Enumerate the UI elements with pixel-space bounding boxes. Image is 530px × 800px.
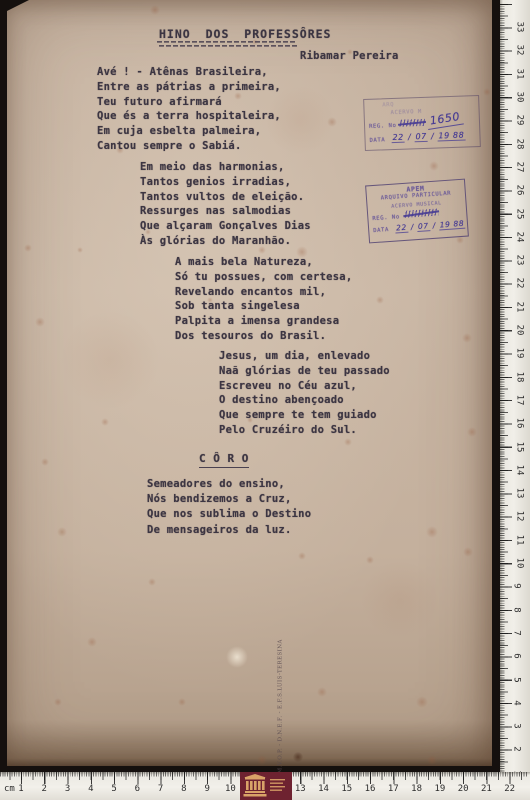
horizontal-ruler: cm 12345678910111213141516171819202122 <box>0 772 530 800</box>
ruler-number: 4 <box>512 700 522 705</box>
poem-line: Semeadores do ensino, <box>147 477 311 492</box>
ruler-number: 15 <box>514 441 524 452</box>
poem-line: Avé ! - Atênas Brasileira, <box>97 65 281 80</box>
poem-line: Entre as pátrias a primeira, <box>97 80 281 95</box>
date-year: 19 88 <box>438 219 465 231</box>
stamp-text: ARQ <box>382 102 394 108</box>
ruler-number: 21 <box>514 301 524 312</box>
foxing-spot <box>416 696 428 708</box>
poem-line: Revelando encantos mil, <box>175 285 352 300</box>
scanned-document-photo: HINO DOS PROFESSÔRES Ribamar Pereira Avé… <box>0 0 530 800</box>
poem-line: Tantos vultos de eleição. <box>140 190 311 205</box>
foxing-spot <box>463 547 473 557</box>
ruler-number: 32 <box>514 45 524 56</box>
registry-number: 1650 <box>426 109 464 130</box>
foxing-spot <box>148 578 156 586</box>
ruler-number: 8 <box>181 784 186 794</box>
ruler-number: 20 <box>458 784 469 794</box>
ruler-number: 1 <box>18 784 23 794</box>
document-page: HINO DOS PROFESSÔRES Ribamar Pereira Avé… <box>7 0 492 766</box>
coro-stanza: Semeadores do ensino, Nós bendizemos a C… <box>147 477 311 538</box>
ruler-number: 22 <box>504 784 515 794</box>
date-year: 19 88 <box>437 130 465 141</box>
ruler-number: 7 <box>512 630 522 635</box>
ruler-number: 23 <box>514 255 524 266</box>
foxing-spot <box>293 752 303 762</box>
ruler-number: 29 <box>514 115 524 126</box>
ruler-number: 16 <box>514 418 524 429</box>
ruler-number: 12 <box>514 511 524 522</box>
classical-building-icon <box>240 772 292 800</box>
ruler-number: 33 <box>514 22 524 33</box>
ruler-number: 15 <box>341 784 352 794</box>
ruler-number: 11 <box>514 534 524 545</box>
poem-line: Que sempre te tem guiado <box>219 408 390 423</box>
date-separator: / <box>432 221 436 230</box>
foxing-spot <box>54 698 62 706</box>
date-month: 07 <box>417 221 430 232</box>
foxing-spot <box>376 296 384 304</box>
registry-stamp: ARQ ACERVO M REG. No 1650 DATA 22 / 07 /… <box>363 95 481 151</box>
foxing-spot <box>101 418 109 426</box>
date-month: 07 <box>414 132 428 142</box>
page-title: HINO DOS PROFESSÔRES <box>159 27 331 41</box>
foxing-spot <box>77 247 83 253</box>
ruler-number: 3 <box>65 784 70 794</box>
stamp-reg-label: REG. No <box>372 214 400 222</box>
foxing-spot <box>60 310 160 410</box>
stanza-4: Jesus, um dia, enlevado Naã glórias de t… <box>219 349 390 438</box>
ruler-number: 22 <box>514 278 524 289</box>
foxing-spot <box>426 526 438 538</box>
ruler-number: 19 <box>434 784 445 794</box>
ruler-number: 17 <box>388 784 399 794</box>
ruler-number: 26 <box>514 185 524 196</box>
crossed-out-scribble <box>404 209 438 218</box>
ruler-number: 10 <box>225 784 236 794</box>
foxing-spot <box>226 646 248 668</box>
stamp-date-value: 22 / 07 / 19 88 <box>395 219 466 233</box>
foxing-spot <box>483 88 491 96</box>
foxing-spot <box>360 560 440 640</box>
ruler-number: 8 <box>512 607 522 612</box>
coro-heading: C Ô R O <box>199 452 249 468</box>
foxing-spot <box>35 317 45 327</box>
poem-line: Jesus, um dia, enlevado <box>219 349 390 364</box>
paper-corner-shadow <box>7 0 29 11</box>
ruler-number: 14 <box>514 464 524 475</box>
ruler-number: 31 <box>514 68 524 79</box>
poem-line: Escreveu no Céu azul, <box>219 379 390 394</box>
foxing-spot <box>298 552 306 560</box>
poem-line: Só tu possues, com certesa, <box>175 270 352 285</box>
poem-line: Às glórias do Maranhão. <box>140 234 311 249</box>
ruler-number: 24 <box>514 231 524 242</box>
ruler-number: 21 <box>481 784 492 794</box>
date-day: 22 <box>395 223 408 234</box>
date-separator: / <box>411 222 415 231</box>
cm-unit-label: cm <box>4 784 15 794</box>
ruler-number: 20 <box>514 325 524 336</box>
poem-line: A mais bela Natureza, <box>175 255 352 270</box>
foxing-spot <box>257 755 267 765</box>
ruler-number: 13 <box>514 488 524 499</box>
poem-line: Ressurges nas salmodias <box>140 204 311 219</box>
poem-line: Que és a terra hospitaleira, <box>97 109 281 124</box>
poem-line: Em meio das harmonias, <box>140 160 311 175</box>
ruler-number: 17 <box>514 394 524 405</box>
railway-letterhead-text: M.V.O.P. - D.N.E.F. - E.F.S.LUIS-TERESIN… <box>278 684 287 774</box>
ruler-number: 30 <box>514 92 524 103</box>
ruler-number: 13 <box>295 784 306 794</box>
ruler-number: 28 <box>514 138 524 149</box>
poem-line: Palpita a imensa grandesa <box>175 314 352 329</box>
foxing-spot <box>87 637 97 647</box>
poem-line: Teu futuro afirmará <box>97 95 281 110</box>
poem-line: Que nos sublima o Destino <box>147 507 311 522</box>
ruler-number: 6 <box>135 784 140 794</box>
stamp-text: ACERVO M <box>391 109 422 116</box>
date-day: 22 <box>391 133 405 143</box>
ruler-number: 2 <box>512 747 522 752</box>
date-separator: / <box>408 132 412 141</box>
foxing-spot <box>41 458 49 466</box>
ruler-number: 4 <box>88 784 93 794</box>
ruler-number: 18 <box>411 784 422 794</box>
vertical-ruler: 3332313029282726252423222120191817161514… <box>500 0 530 800</box>
stamp-reg-label: REG. No <box>369 123 397 130</box>
crossed-out-scribble <box>399 119 425 127</box>
foxing-spot <box>317 687 327 697</box>
foxing-spot <box>57 527 67 537</box>
foxing-spot <box>427 755 437 765</box>
title-double-underline <box>157 41 297 47</box>
poem-line: De mensageiros da luz. <box>147 523 311 538</box>
stamp-date-label: DATA <box>369 137 385 144</box>
stamp-date-value: 22 / 07 / 19 88 <box>391 130 465 142</box>
foxing-spot <box>178 698 186 706</box>
foxing-spot <box>467 427 477 437</box>
ruler-number: 7 <box>158 784 163 794</box>
author-name: Ribamar Pereira <box>300 50 399 62</box>
foxing-spot <box>429 161 439 171</box>
stanza-2: Em meio das harmonias, Tantos genios irr… <box>140 160 311 249</box>
poem-line: Em cuja esbelta palmeira, <box>97 124 281 139</box>
poem-line: Nós bendizemos a Cruz, <box>147 492 311 507</box>
stamp-date-label: DATA <box>373 227 389 234</box>
poem-line: Cantou sempre o Sabiá. <box>97 139 281 154</box>
ruler-number: 10 <box>514 558 524 569</box>
poem-line: Tantos genios irradias, <box>140 175 311 190</box>
foxing-spot <box>366 556 374 564</box>
archive-logo <box>240 772 292 800</box>
ruler-number: 16 <box>365 784 376 794</box>
poem-line: O destino abençoado <box>219 393 390 408</box>
ruler-number: 25 <box>514 208 524 219</box>
ruler-number: 3 <box>512 723 522 728</box>
apem-stamp: APEM ARQUIVO PARTICULAR ACERVO MUSICAL R… <box>365 179 469 244</box>
poem-line: Naã glórias de teu passado <box>219 364 390 379</box>
ruler-number: 18 <box>514 371 524 382</box>
foxing-spot <box>150 5 160 15</box>
poem-line: Dos tesouros do Brasil. <box>175 329 352 344</box>
stanza-1: Avé ! - Atênas Brasileira, Entre as pátr… <box>97 65 281 154</box>
ruler-number: 14 <box>318 784 329 794</box>
ruler-number: 27 <box>514 161 524 172</box>
poem-line: Sob tanta singelesa <box>175 299 352 314</box>
poem-line: Pelo Cruzéiro do Sul. <box>219 423 390 438</box>
ruler-number: 2 <box>42 784 47 794</box>
ruler-number: 6 <box>512 653 522 658</box>
ruler-number: 19 <box>514 348 524 359</box>
date-separator: / <box>431 132 435 141</box>
foxing-spot <box>344 438 352 446</box>
ruler-number: 5 <box>512 677 522 682</box>
poem-line: Que alçaram Gonçalves Dias <box>140 219 311 234</box>
ruler-number: 9 <box>512 584 522 589</box>
stanza-3: A mais bela Natureza, Só tu possues, com… <box>175 255 352 344</box>
ruler-number: 9 <box>204 784 209 794</box>
foxing-spot <box>462 333 472 343</box>
foxing-spot <box>24 244 32 252</box>
ruler-number: 5 <box>111 784 116 794</box>
